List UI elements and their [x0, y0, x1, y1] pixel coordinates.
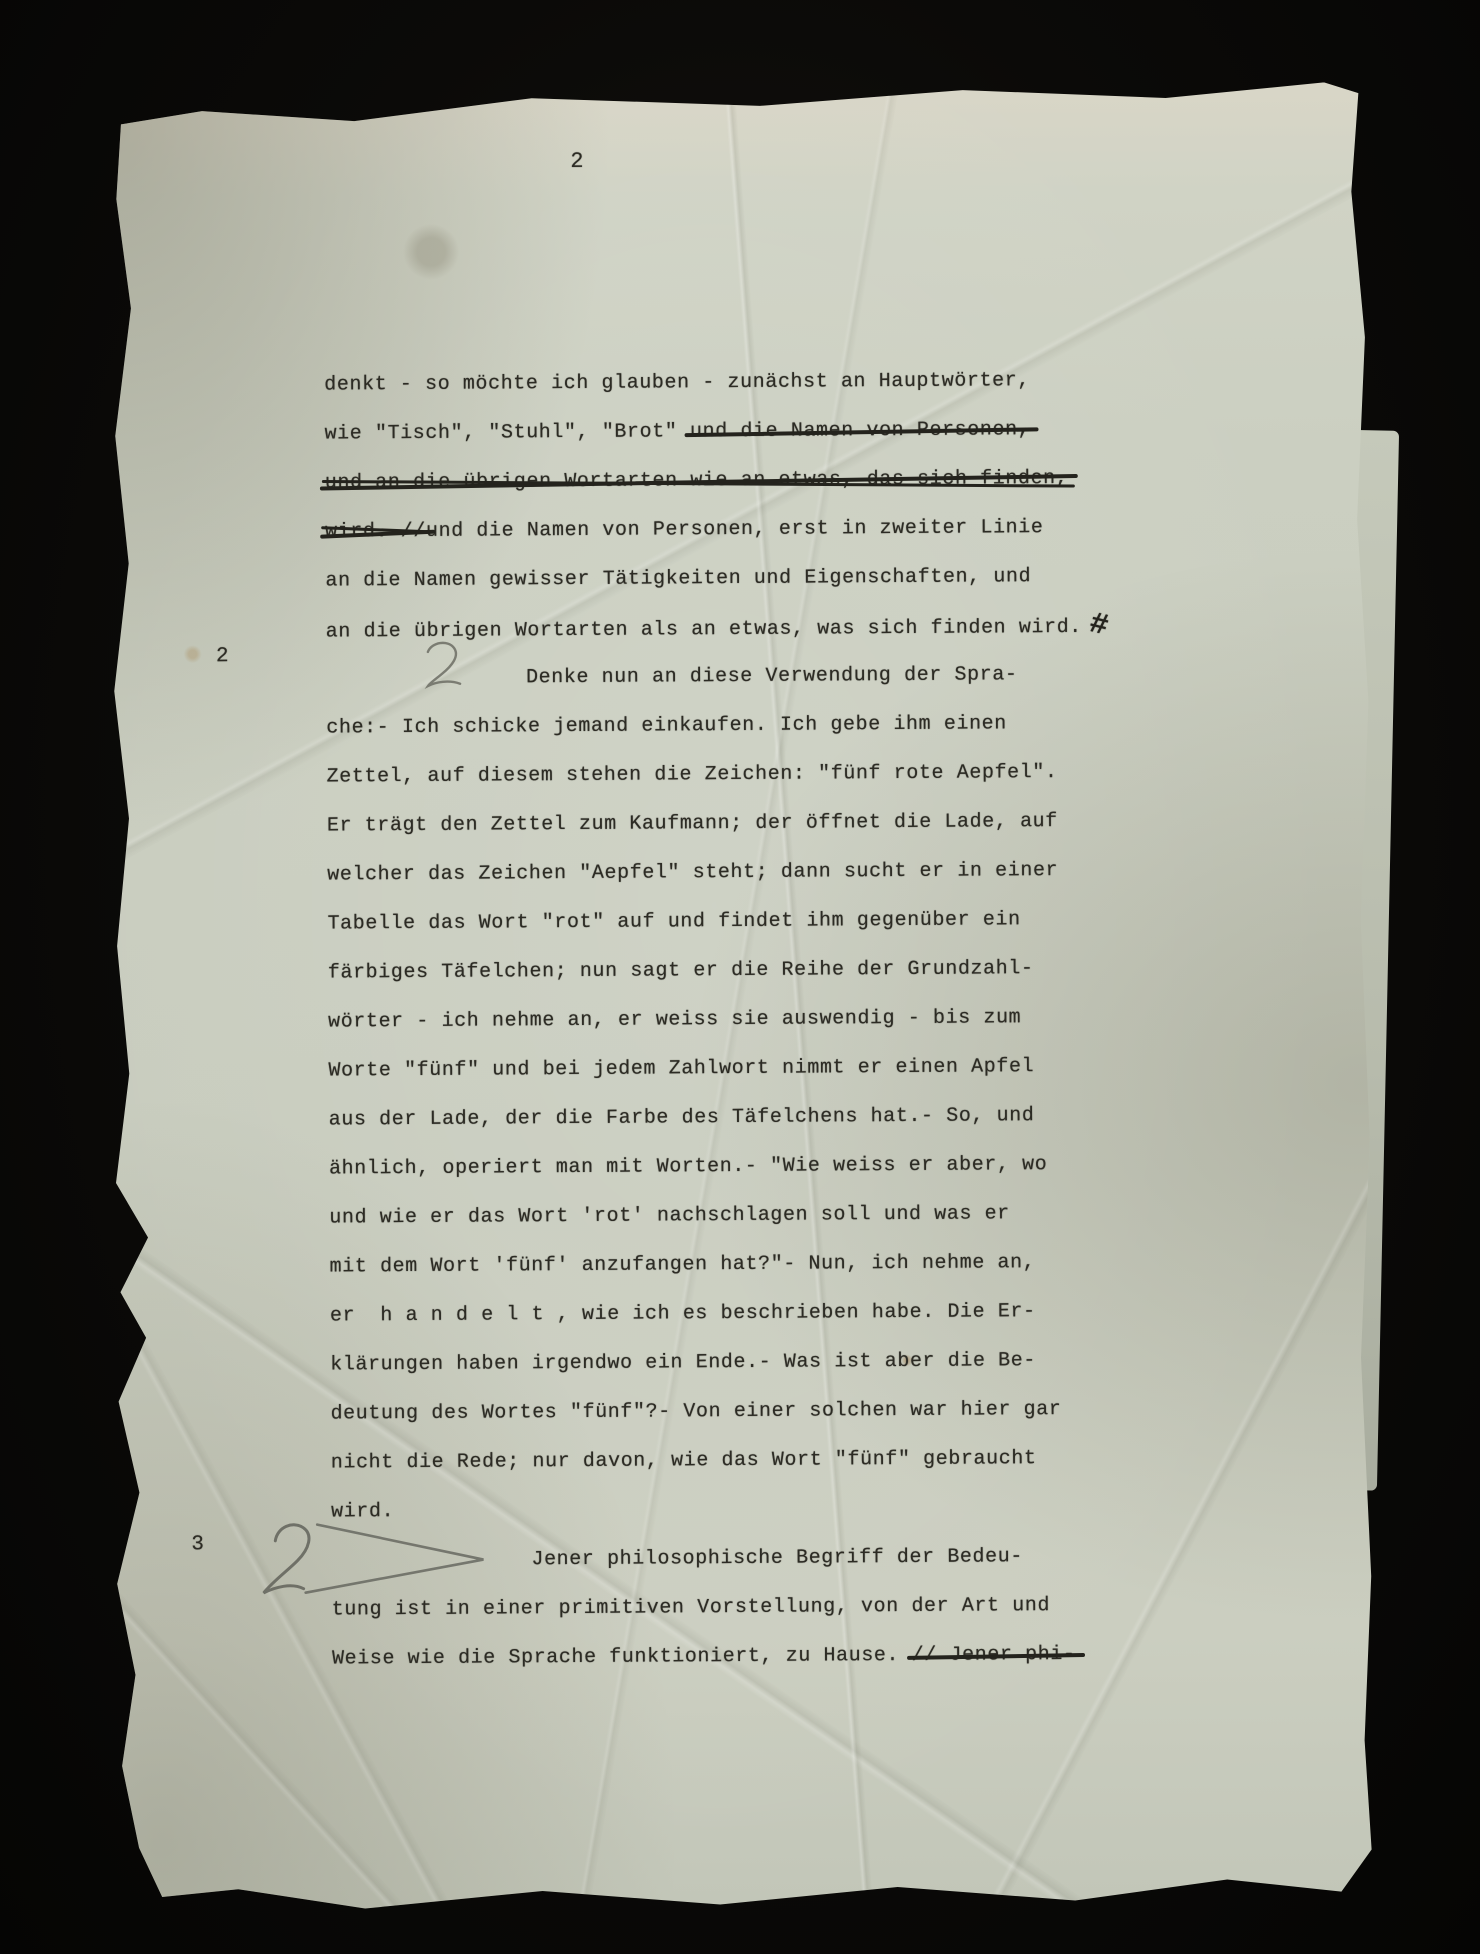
typed-line: und wie er das Wort 'rot' nachschlagen s… [329, 1188, 1159, 1242]
typed-text: wird. [331, 1500, 394, 1523]
typed-text: wörter - ich nehme an, er weiss sie ausw… [328, 1006, 1021, 1033]
typed-line: färbiges Täfelchen; nun sagt er die Reih… [328, 943, 1158, 997]
typed-text: wie "Tisch", "Stuhl", "Brot" [324, 420, 690, 445]
typed-text: che:- Ich schicke jemand einkaufen. Ich … [326, 712, 1007, 739]
typed-line: Er trägt den Zettel zum Kaufmann; der öf… [327, 796, 1157, 850]
typed-line: Denke nun an diese Verwendung der Spra- [326, 649, 1156, 703]
typed-line: wörter - ich nehme an, er weiss sie ausw… [328, 992, 1158, 1046]
typed-text-block: denkt - so möchte ich glauben - zunächst… [324, 355, 1162, 1683]
typed-line: mit dem Wort 'fünf' anzufangen hat?"- Nu… [329, 1237, 1159, 1291]
typed-text: deutung des Wortes "fünf"?- Von einer so… [330, 1398, 1061, 1425]
typed-text: denkt - so möchte ich glauben - zunächst… [324, 369, 1030, 396]
typed-line: Zettel, auf diesem stehen die Zeichen: "… [326, 747, 1156, 801]
typed-line: Jener philosophische Begriff der Bedeu- [331, 1531, 1161, 1585]
struck-text: // Jener phi- [912, 1643, 1076, 1667]
typed-text: mit dem Wort 'fünf' anzufangen hat?"- Nu… [330, 1251, 1036, 1278]
typed-line: er h a n d e l t , wie ich es beschriebe… [330, 1286, 1160, 1340]
typed-line: ähnlich, operiert man mit Worten.- "Wie … [329, 1139, 1159, 1193]
typed-line: Weise wie die Sprache funktioniert, zu H… [332, 1629, 1162, 1683]
typed-text: Er trägt den Zettel zum Kaufmann; der öf… [327, 810, 1058, 837]
typed-line: che:- Ich schicke jemand einkaufen. Ich … [326, 698, 1156, 752]
typed-text: tung ist in einer primitiven Vorstellung… [332, 1594, 1050, 1621]
typed-text: und die Namen von Personen, erst in zwei… [426, 516, 1044, 543]
typed-line: an die Namen gewisser Tätigkeiten und Ei… [325, 551, 1155, 605]
typed-line: und an die übrigen Wortarten wie an etwa… [325, 453, 1155, 507]
typed-text: Zettel, auf diesem stehen die Zeichen: "… [327, 761, 1058, 788]
typed-line: klärungen haben irgendwo ein Ende.- Was … [330, 1335, 1160, 1389]
typed-text: färbiges Täfelchen; nun sagt er die Reih… [328, 957, 1034, 984]
margin-section-number-3: 3 [191, 1533, 204, 1556]
manuscript-page: 2 2 3 denkt - so möchte ich glauben - zu… [100, 82, 1379, 1912]
typed-line: aus der Lade, der die Farbe des Täfelche… [329, 1090, 1159, 1144]
typed-text: ähnlich, operiert man mit Worten.- "Wie … [329, 1153, 1047, 1180]
typed-text: und wie er das Wort 'rot' nachschlagen s… [329, 1202, 1010, 1229]
typed-line: denkt - so möchte ich glauben - zunächst… [324, 355, 1154, 409]
typed-line: Tabelle das Wort "rot" auf und findet ih… [327, 894, 1157, 948]
page-number: 2 [557, 149, 597, 174]
ink-insert-mark: # [1084, 600, 1113, 652]
typed-line: wird. [331, 1482, 1161, 1536]
struck-text: und an die übrigen Wortarten wie an etwa… [325, 467, 1069, 495]
typed-text: an die Namen gewisser Tätigkeiten und Ei… [325, 565, 1031, 592]
typed-line: wird. //und die Namen von Personen, erst… [325, 502, 1155, 556]
struck-text: und die Namen von Personen, [690, 418, 1030, 443]
typed-text: Jener philosophische Begriff der Bedeu- [531, 1545, 1023, 1571]
typed-text: er h a n d e l t , wie ich es beschriebe… [330, 1300, 1036, 1327]
typed-line: deutung des Wortes "fünf"?- Von einer so… [330, 1384, 1160, 1438]
typed-text: Denke nun an diese Verwendung der Spra- [526, 663, 1018, 689]
typed-text: Weise wie die Sprache funktioniert, zu H… [332, 1644, 912, 1671]
typed-line: tung ist in einer primitiven Vorstellung… [332, 1580, 1162, 1634]
typed-line: wie "Tisch", "Stuhl", "Brot" und die Nam… [324, 404, 1154, 458]
struck-text: wird. // [325, 520, 426, 544]
typed-text: Worte "fünf" und bei jedem Zahlwort nimm… [328, 1055, 1034, 1082]
photo-background: 2 2 3 denkt - so möchte ich glauben - zu… [0, 0, 1480, 1954]
typed-text: aus der Lade, der die Farbe des Täfelche… [329, 1104, 1035, 1131]
typed-text: nicht die Rede; nur davon, wie das Wort … [331, 1447, 1037, 1474]
typed-line: nicht die Rede; nur davon, wie das Wort … [331, 1433, 1161, 1487]
typed-text: an die übrigen Wortarten als an etwas, w… [326, 616, 1082, 644]
typed-line: welcher das Zeichen "Aepfel" steht; dann… [327, 845, 1157, 899]
typed-text: klärungen haben irgendwo ein Ende.- Was … [330, 1349, 1036, 1376]
typed-text: welcher das Zeichen "Aepfel" steht; dann… [327, 859, 1058, 886]
typed-line: Worte "fünf" und bei jedem Zahlwort nimm… [328, 1041, 1158, 1095]
typed-line: an die übrigen Wortarten als an etwas, w… [326, 600, 1156, 654]
typed-text: Tabelle das Wort "rot" auf und findet ih… [327, 908, 1020, 935]
margin-section-number-2: 2 [216, 645, 229, 668]
